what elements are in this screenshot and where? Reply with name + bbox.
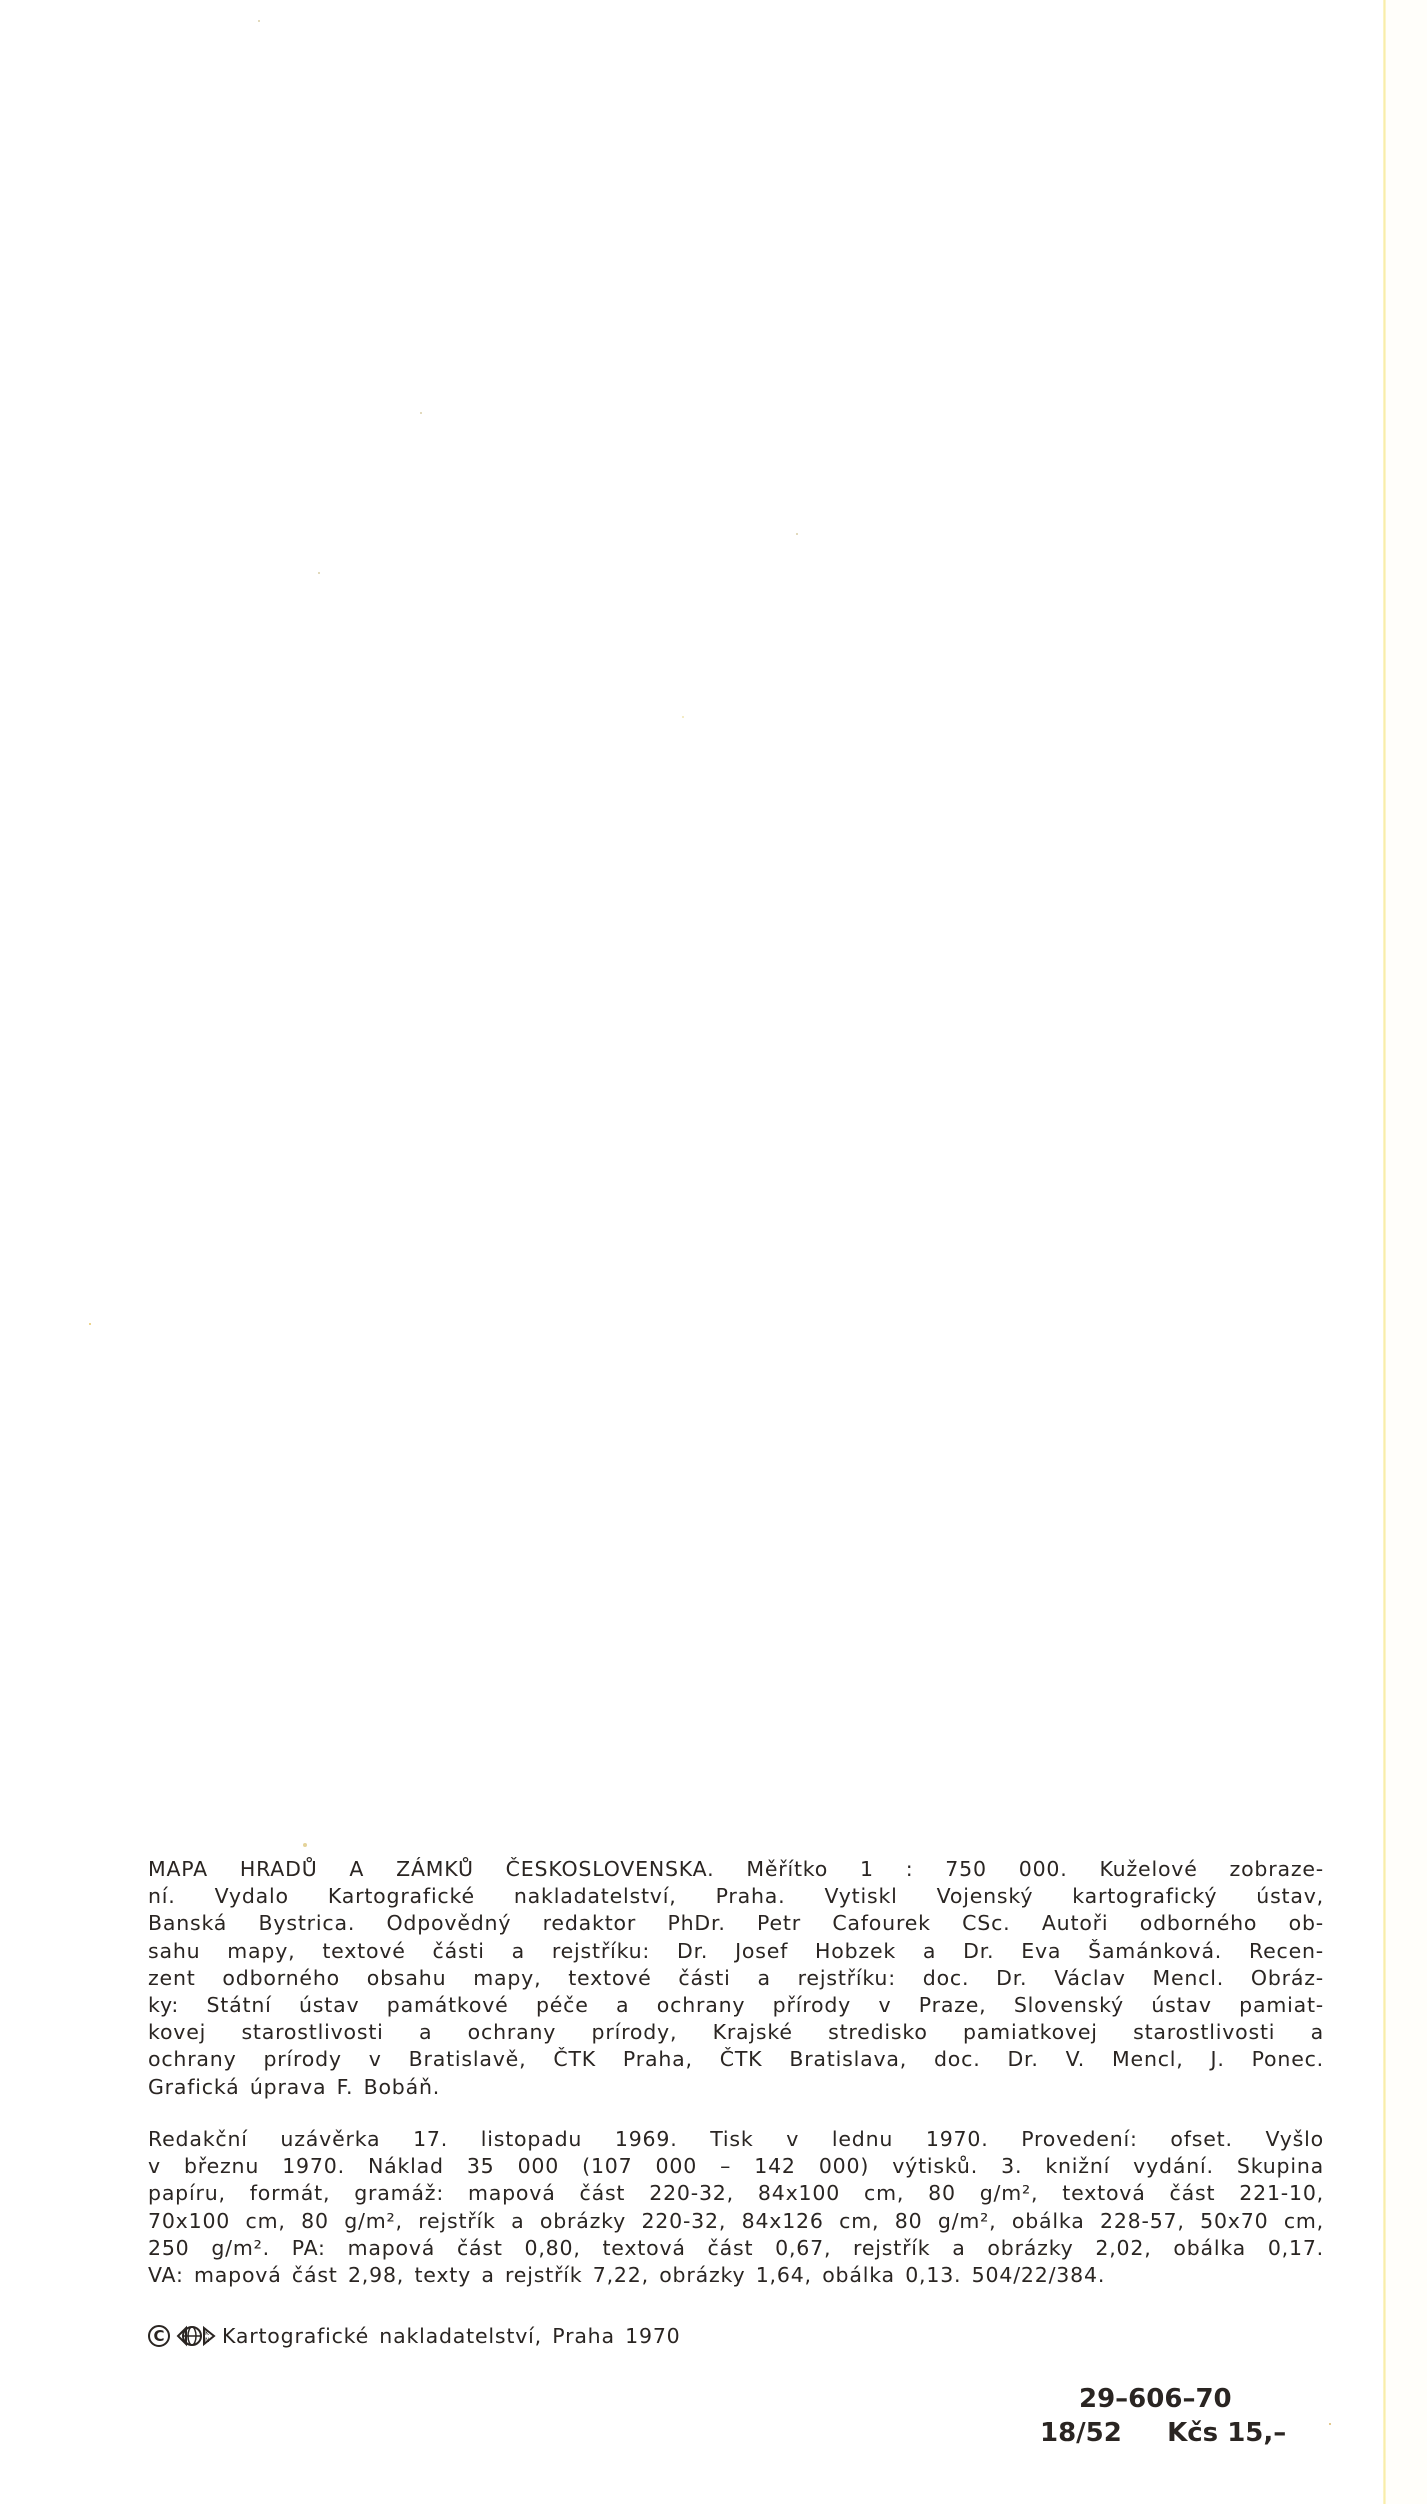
page-edge-background: [1386, 0, 1427, 2504]
svg-text:K: K: [205, 2330, 210, 2337]
catalog-number: 29–606–70: [1040, 2382, 1286, 2416]
paper-speck: [318, 572, 320, 574]
colophon-paragraph-print-details: Redakční uzávěrka 17. listopadu 1969. Ti…: [148, 2126, 1324, 2289]
text-line: zent odborného obsahu mapy, textové část…: [148, 1965, 1324, 1992]
text-line: sahu mapy, textové části a rejstříku: Dr…: [148, 1938, 1324, 1965]
text-line: 250 g/m². PA: mapová část 0,80, textová …: [148, 2235, 1324, 2262]
text-line: ky: Státní ústav památkové péče a ochran…: [148, 1992, 1324, 2019]
text-line: VA: mapová část 2,98, texty a rejstřík 7…: [148, 2262, 1324, 2289]
text-line: v březnu 1970. Náklad 35 000 (107 000 – …: [148, 2153, 1324, 2180]
paper-speck: [1329, 2423, 1331, 2425]
text-line: kovej starostlivosti a ochrany prírody, …: [148, 2019, 1324, 2046]
price: Kčs 15,–: [1167, 2418, 1286, 2448]
catalog-code: 18/52: [1040, 2418, 1122, 2448]
text-line: ní. Vydalo Kartografické nakladatelství,…: [148, 1883, 1324, 1910]
svg-text:N: N: [205, 2337, 210, 2344]
text-line: ochrany prírody v Bratislavě, ČTK Praha,…: [148, 2046, 1324, 2073]
page-edge-line: [1383, 0, 1386, 2504]
text-line: Banská Bystrica. Odpovědný redaktor PhDr…: [148, 1910, 1324, 1937]
catalog-code-price-row: 18/52 Kčs 15,–: [1040, 2416, 1286, 2450]
copyright-line: C K N Kartografické nakladatelství, Prah…: [148, 2324, 681, 2348]
paper-speck: [258, 20, 260, 22]
colophon-paragraph-credits: MAPA HRADŮ A ZÁMKŮ ČESKOSLOVENSKA. Měřít…: [148, 1856, 1324, 2101]
copyright-icon: C: [148, 2325, 170, 2347]
text-line: MAPA HRADŮ A ZÁMKŮ ČESKOSLOVENSKA. Měřít…: [148, 1856, 1324, 1883]
text-line: 70x100 cm, 80 g/m², rejstřík a obrázky 2…: [148, 2208, 1324, 2235]
copyright-text: Kartografické nakladatelství, Praha 1970: [222, 2324, 681, 2348]
paper-speck: [682, 716, 684, 718]
text-line: Grafická úprava F. Bobáň.: [148, 2074, 1324, 2101]
catalog-block: 29–606–70 18/52 Kčs 15,–: [1040, 2382, 1286, 2450]
publisher-logo-icon: K N: [174, 2324, 218, 2348]
paper-speck: [303, 1843, 307, 1847]
text-line: Redakční uzávěrka 17. listopadu 1969. Ti…: [148, 2126, 1324, 2153]
paper-speck: [420, 412, 422, 414]
paper-speck: [796, 533, 798, 535]
text-line: papíru, formát, gramáž: mapová část 220-…: [148, 2180, 1324, 2207]
paper-speck: [89, 1323, 91, 1325]
